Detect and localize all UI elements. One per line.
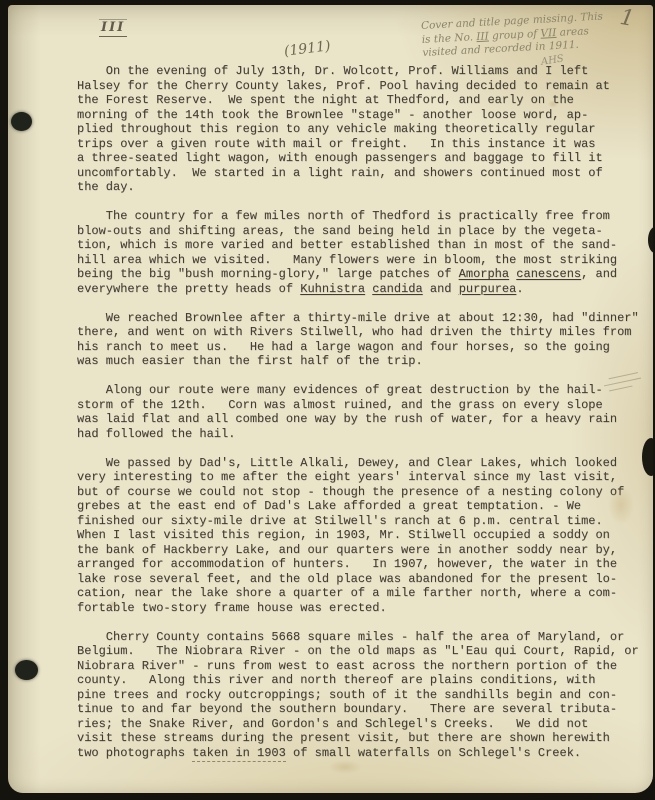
paragraph: Along our route were many evidences of g… xyxy=(77,383,647,441)
paper-stain xyxy=(328,760,362,774)
section-numeral: III xyxy=(99,19,127,37)
binder-hole-bottom xyxy=(15,660,38,680)
paragraph: The country for a few miles north of The… xyxy=(77,209,647,296)
paper-stain xyxy=(608,485,634,525)
typewritten-text: On the evening of July 13th, Dr. Wolcott… xyxy=(77,64,647,775)
paper-stain xyxy=(548,100,558,108)
binder-hole-top xyxy=(11,112,32,131)
paper-stain xyxy=(108,600,118,609)
paragraph: Cherry County contains 5668 square miles… xyxy=(77,630,647,761)
right-edge-tear xyxy=(642,438,653,476)
scan-background: III (1911) 1 Cover and title page missin… xyxy=(0,0,655,800)
right-edge-shadow xyxy=(648,227,653,253)
year-annotation: (1911) xyxy=(283,38,331,60)
paragraph: We reached Brownlee after a thirty-mile … xyxy=(77,311,647,369)
paragraph: On the evening of July 13th, Dr. Wolcott… xyxy=(77,64,647,195)
journal-page: III (1911) 1 Cover and title page missin… xyxy=(8,5,653,793)
paragraph: We passed by Dad's, Little Alkali, Dewey… xyxy=(77,456,647,616)
